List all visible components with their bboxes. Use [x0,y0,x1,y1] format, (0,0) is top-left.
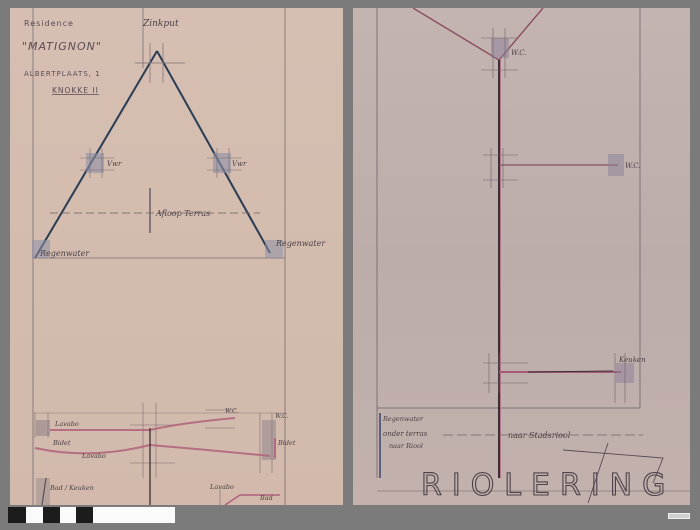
scale-mark [668,513,690,519]
title-residence: Residence [24,19,74,28]
label-wc-top: W.C. [511,49,527,57]
title-address: ALBERTPLAATS, 1 [24,70,101,78]
label-lavabo-top: Lavabo [54,420,79,428]
scan-color-bar [8,507,175,523]
label-regenwater: Regenwater [382,415,424,423]
left-plan-drawing: Residence "MATIGNON" ALBERTPLAATS, 1 KNO… [10,8,343,505]
label-bad-keuken: Bad / Keuken [49,484,94,492]
label-regenwater-right: Regenwater [275,239,326,248]
label-lavabo-mid: Lavabo [81,452,106,460]
title-city: KNOKKE II [52,86,99,95]
label-wc-mid: W.C. [625,162,641,170]
label-bad-bottom: Bad [259,494,273,502]
label-afloop-terras: Afloop Terras [155,209,210,218]
label-naar-riool: naar Riool [389,442,423,450]
title-name: "MATIGNON" [22,40,102,53]
label-keuken: Keuken [618,356,646,364]
drawing-title-riolering: RIOLERING [421,468,675,503]
label-zinkput: Zinkput [142,19,179,29]
label-regenwater-left: Regenwater [39,249,90,258]
right-drawing-sheet: W.C. W.C. Keuken Regenwater onder terras… [353,8,690,505]
colorbar-black-2 [43,507,60,523]
colorbar-black-1 [8,507,26,523]
triangle-pencil [35,51,270,258]
label-wc-right: W.C. [275,413,288,420]
label-bidet-left: Bidet [52,439,71,447]
label-wc-top: W.C. [225,408,238,415]
label-bidet-right: Bidet [277,439,296,447]
label-vwr-right: Vwr [232,160,247,168]
label-vwr-left: Vwr [107,160,122,168]
label-naar-stadsriool: naar Stadsriool [508,431,571,440]
label-onder-terras: onder terras [383,430,428,438]
colorbar-black-3 [76,507,93,523]
blue-triangle-pipes [35,51,270,258]
grid-lines [377,8,690,491]
label-lavabo-bottom: Lavabo [209,483,234,491]
left-drawing-sheet: Residence "MATIGNON" ALBERTPLAATS, 1 KNO… [10,8,343,505]
right-plan-drawing: W.C. W.C. Keuken Regenwater onder terras… [353,8,690,505]
